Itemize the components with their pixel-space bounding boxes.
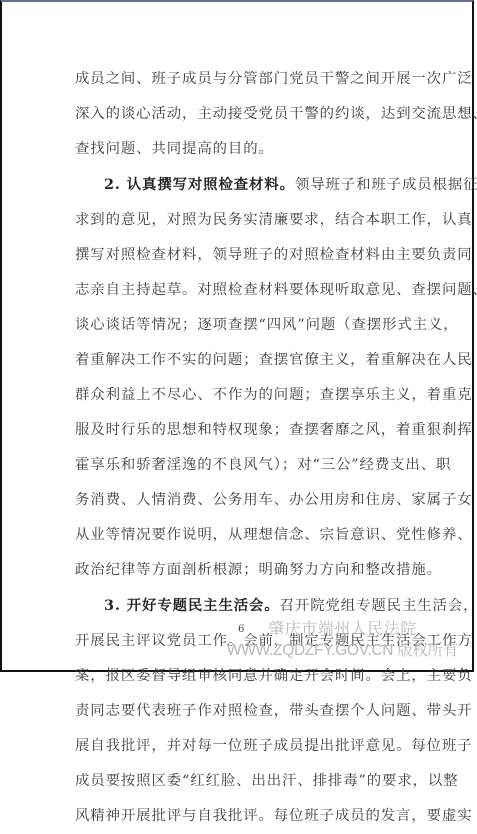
text-line: 务消费、人情消费、公务用车、办公用房和住房、家属子女 xyxy=(75,483,411,518)
paragraph-2: 2. 认真撰写对照检查材料。领导班子和班子成员根据征 求到的意见，对照为民务实清… xyxy=(75,167,411,588)
paragraph-1: 成员之间、班子成员与分管部门党员干警之间开展一次广泛 深入的谈心活动，主动接受党… xyxy=(75,62,411,167)
section-heading-2: 2. 认真撰写对照检查材料。 xyxy=(104,176,295,193)
text-line: 查找问题、共同提高的目的。 xyxy=(75,132,411,167)
document-page: 成员之间、班子成员与分管部门党员干警之间开展一次广泛 深入的谈心活动，主动接受党… xyxy=(0,0,474,672)
text-line: 霍享乐和骄奢淫逸的不良风气）；对“三公”经费支出、职 xyxy=(75,448,411,483)
watermark: 肇庆市端州人民法院 WWW.ZQDZFY.GOV.CN 版权所有 xyxy=(227,619,458,661)
watermark-court-name: 肇庆市端州人民法院 xyxy=(227,619,458,640)
text-line: 志亲自主持起草。对照检查材料要体现听取意见、查摆问题、 xyxy=(75,273,411,308)
text-line: 着重解决工作不实的问题；查摆官僚主义，着重解决在人民 xyxy=(75,343,411,378)
text-run: 领导班子和班子成员根据征 xyxy=(295,177,477,193)
text-line: 撰写对照检查材料，领导班子的对照检查材料由主要负责同 xyxy=(75,238,411,273)
text-line: 案，报区委督导组审核同意并确定开会时间。会上，主要负 xyxy=(75,659,411,675)
text-line: 求到的意见，对照为民务实清廉要求，结合本职工作，认真 xyxy=(75,203,411,238)
text-line: 2. 认真撰写对照检查材料。领导班子和班子成员根据征 xyxy=(75,167,411,203)
text-line: 从业等情况要作说明，从理想信念、宗旨意识、党性修养、 xyxy=(75,518,411,553)
text-line: 谈心谈话等情况；逐项查摆“四风”问题（查摆形式主义， xyxy=(75,308,411,343)
watermark-copyright: WWW.ZQDZFY.GOV.CN 版权所有 xyxy=(227,640,458,661)
text-line: 深入的谈心活动，主动接受党员干警的约谈，达到交流思想、 xyxy=(75,97,411,132)
text-line: 政治纪律等方面剖析根源；明确努力方向和整改措施。 xyxy=(75,553,411,588)
text-line: 成员之间、班子成员与分管部门党员干警之间开展一次广泛 xyxy=(75,62,411,97)
section-heading-3: 3. 开好专题民主生活会。 xyxy=(104,597,280,614)
document-body: 成员之间、班子成员与分管部门党员干警之间开展一次广泛 深入的谈心活动，主动接受党… xyxy=(75,62,411,675)
text-run: 召开院党组专题民主生活会， xyxy=(280,598,477,614)
text-line: 服及时行乐的思想和特权现象；查摆奢靡之风，着重狠刹挥 xyxy=(75,413,411,448)
text-line: 群众利益上不尽心、不作为的问题；查摆享乐主义，着重克 xyxy=(75,378,411,413)
